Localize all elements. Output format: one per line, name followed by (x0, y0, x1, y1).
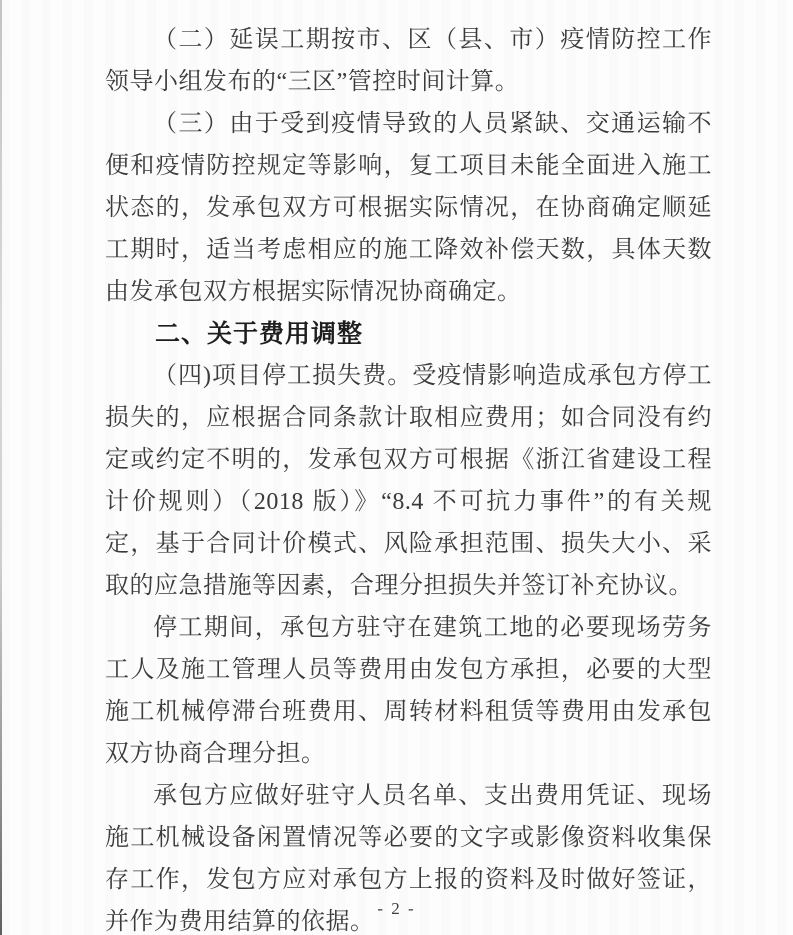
paragraph-delay-period-calculation: （二）延误工期按市、区（县、市）疫情防控工作领导小组发布的“三区”管控时间计算。 (105, 19, 712, 103)
document-page: （二）延误工期按市、区（县、市）疫情防控工作领导小组发布的“三区”管控时间计算。… (0, 0, 793, 935)
paragraph-shutdown-loss-fee: （四)项目停工损失费。受疫情影响造成承包方停工损失的，应根据合同条款计取相应费用… (105, 355, 712, 607)
paragraph-epidemic-impact-negotiation: （三）由于受到疫情导致的人员紧缺、交通运输不便和疫情防控规定等影响，复工项目未能… (105, 103, 712, 313)
document-body: （二）延误工期按市、区（县、市）疫情防控工作领导小组发布的“三区”管控时间计算。… (105, 19, 712, 935)
paragraph-shutdown-period-cost-sharing: 停工期间，承包方驻守在建筑工地的必要现场劳务工人及施工管理人员等费用由发包方承担… (105, 607, 712, 775)
page-number: - 2 - (0, 899, 793, 919)
scan-edge-line (0, 0, 2, 935)
section-heading-cost-adjustment: 二、关于费用调整 (105, 313, 712, 355)
